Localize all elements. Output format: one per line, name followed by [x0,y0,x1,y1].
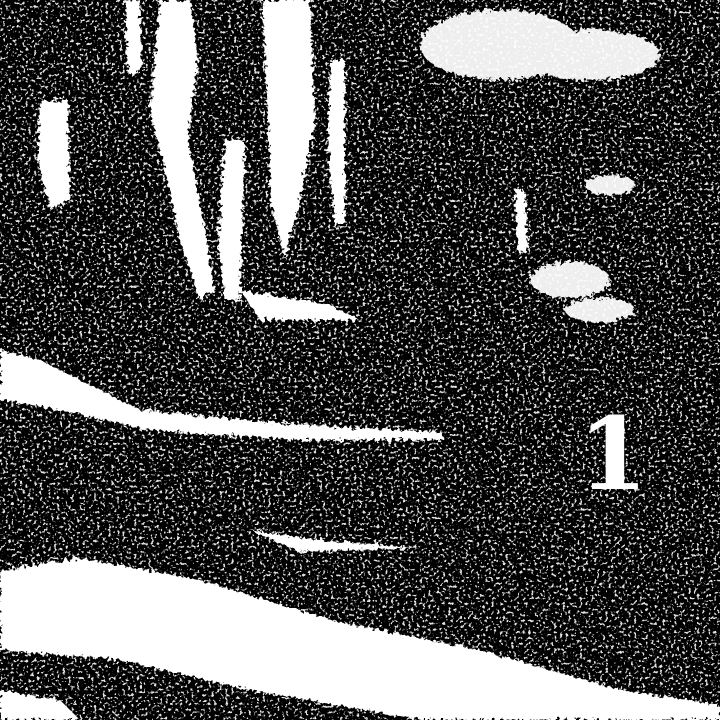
photo-scene: 1 [0,0,720,720]
overlay-number-label: 1 [578,404,648,504]
forest-path-photo [0,0,720,720]
